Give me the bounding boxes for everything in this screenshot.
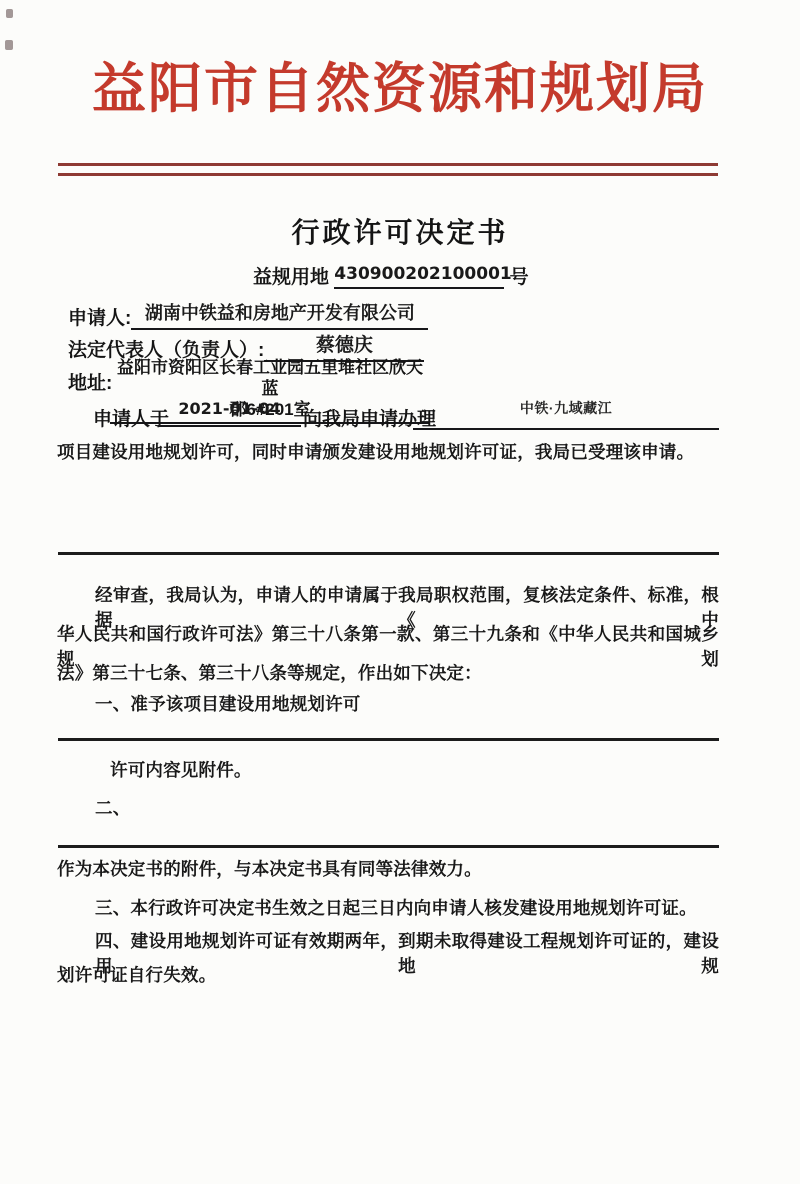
document-number-row: 益规用地 430900202100001 号 (253, 262, 529, 289)
scan-artifact-speck (5, 40, 13, 50)
document-number-value: 430900202100001 (334, 264, 504, 289)
letterhead-double-rule (58, 163, 718, 176)
section-divider-rule (58, 552, 719, 555)
address-label: 地址: (68, 368, 112, 395)
section-divider-rule (58, 738, 719, 741)
document-number-prefix: 益规用地 (253, 267, 329, 288)
attachment-note-line: 许可内容见附件。 (57, 757, 719, 782)
applicant-field-row: 申请人:湖南中铁益和房地产开发有限公司 (68, 299, 428, 330)
decision-item-4-line-2: 划许可证自行失效。 (57, 962, 719, 987)
scanned-document-page: 益阳市自然资源和规划局 行政许可决定书 益规用地 430900202100001… (0, 0, 800, 1184)
attachment-continuation-line: 作为本决定书的附件，与本决定书具有同等法律效力。 (57, 856, 719, 881)
project-name-value: 中铁·九域藏江 (413, 398, 719, 430)
decision-item-2: 二、 (57, 795, 719, 820)
intro-continuation-line: 项目建设用地规划许可，同时申请颁发建设用地规划许可证，我局已受理该申请。 (57, 439, 719, 464)
application-date-value: 2021-01-04 (158, 399, 301, 427)
decision-item-3: 三、本行政许可决定书生效之日起三日内向申请人核发建设用地规划许可证。 (57, 895, 719, 920)
review-paragraph-line-3: 法》第三十七条、第三十八条等规定，作出如下决定： (57, 660, 719, 685)
applicant-value: 湖南中铁益和房地产开发有限公司 (131, 299, 428, 330)
document-number-suffix: 号 (510, 267, 529, 288)
address-line-1: 益阳市资阳区长春工业园五里堆社区欣天蓝 (110, 357, 430, 399)
decision-item-1: 一、准予该项目建设用地规划许可 (57, 691, 719, 716)
document-title: 行政许可决定书 (0, 211, 800, 251)
section-divider-rule (58, 845, 719, 848)
scan-artifact-speck (6, 9, 13, 18)
agency-letterhead-title: 益阳市自然资源和规划局 (0, 56, 800, 122)
applicant-label: 申请人: (68, 308, 131, 329)
